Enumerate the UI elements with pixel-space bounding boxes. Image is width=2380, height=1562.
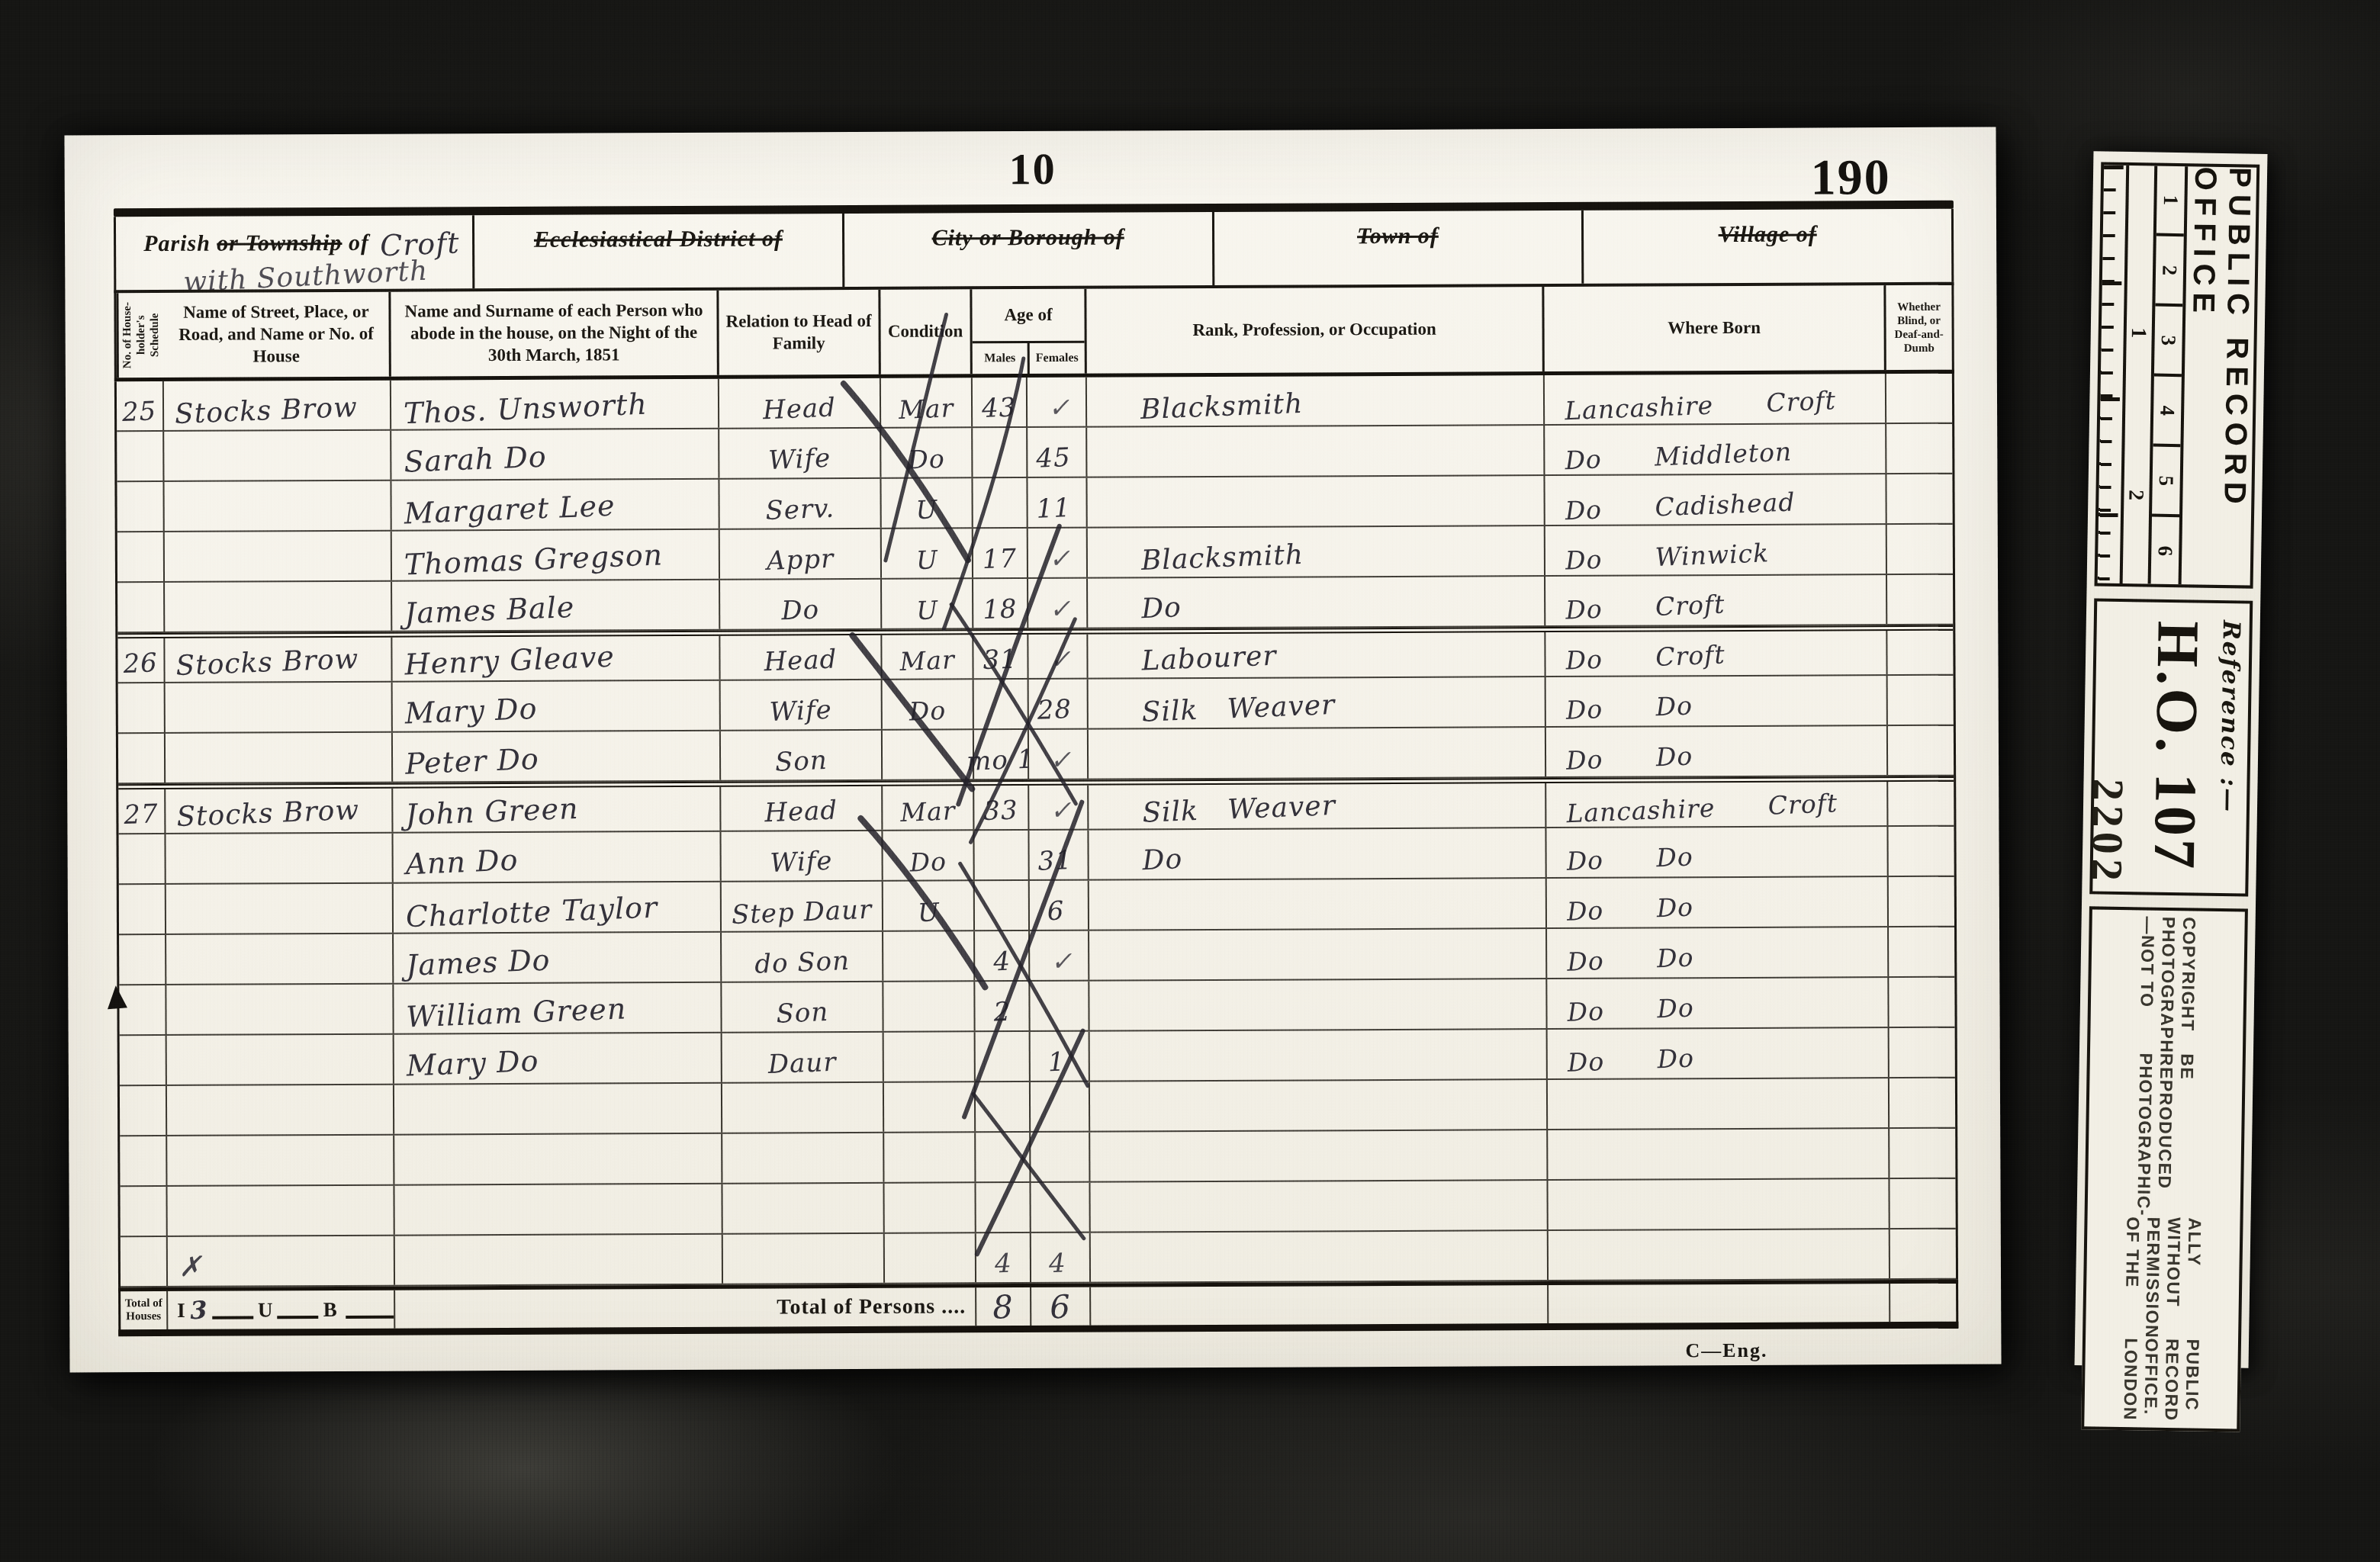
cell-born xyxy=(1548,1129,1890,1179)
cell-relation: do Son xyxy=(722,932,883,982)
enumerator-check: ✓ xyxy=(1048,543,1072,574)
cell-relation xyxy=(723,1234,885,1284)
photo-background: 10 190 Parish or Township of Croft with … xyxy=(0,0,2380,1562)
cell-born: Lancashire Croft xyxy=(1545,374,1886,424)
enumerator-check: ✓ xyxy=(1049,644,1073,675)
cell-blind xyxy=(1888,676,1954,725)
cell-condition: U xyxy=(883,881,975,930)
total-persons-label: Total of Persons .... xyxy=(395,1287,976,1328)
cell-age-male xyxy=(976,1183,1031,1232)
total-persons-males: 8 xyxy=(976,1287,1031,1326)
cell-relation: Serv. xyxy=(719,479,881,529)
cell-born: Do Cadishead xyxy=(1545,474,1886,525)
cell-relation: Step Daur xyxy=(722,882,883,931)
cell-age-male: 18 xyxy=(973,579,1028,628)
enumerator-check: ✓ xyxy=(1050,744,1073,776)
cell-born: Do Middleton xyxy=(1545,424,1886,474)
cell-occupation xyxy=(1090,1181,1548,1232)
ruler-inch-number: 1 xyxy=(2126,327,2150,339)
parish-label: Parish or Township of xyxy=(143,230,369,256)
cell-age-male: 33 xyxy=(974,786,1029,829)
cell-occupation xyxy=(1089,879,1547,930)
enumerator-check: ✓ xyxy=(1050,795,1073,826)
cell-relation: Appr xyxy=(720,529,882,579)
location-header-band: Parish or Township of Croft with Southwo… xyxy=(114,209,1954,291)
cell-age-male: mo 1 xyxy=(974,730,1029,779)
cell-blind xyxy=(1890,1179,1955,1228)
reference-label: Reference :— xyxy=(2213,609,2245,888)
cell-blind xyxy=(1886,474,1952,523)
total-houses-values: I3 U B xyxy=(168,1290,395,1329)
cell-street xyxy=(166,683,393,732)
cell-name: Peter Do xyxy=(393,731,721,782)
struck-fields: Ecclesiastical District of City or Borou… xyxy=(474,209,1951,288)
cell-street xyxy=(166,834,393,883)
cell-street xyxy=(165,532,392,581)
cell-age-male: 17 xyxy=(973,529,1028,577)
cell-schedule xyxy=(118,683,166,732)
enumerator-check: ✓ xyxy=(1049,593,1073,625)
col-header-condition: Condition xyxy=(880,289,972,374)
cell-street xyxy=(164,481,391,531)
cell-age-male: 4 xyxy=(975,931,1030,980)
cell-blind xyxy=(1888,827,1954,876)
header-field-label: City or Borough of xyxy=(932,224,1124,250)
parish-field: Parish or Township of Croft with Southwo… xyxy=(116,215,474,290)
cell-street: Stocks Brow xyxy=(166,789,393,833)
printer-mark: C—Eng. xyxy=(1685,1339,1767,1362)
underline xyxy=(278,1300,319,1319)
cell-age-male xyxy=(973,428,1028,477)
totals-band: Total ofHouses I3 U B Total of Persons .… xyxy=(118,1280,1958,1337)
census-row xyxy=(120,1129,1955,1187)
col-header-occupation: Rank, Profession, or Occupation xyxy=(1086,287,1544,374)
cell-street: Stocks Brow xyxy=(165,638,392,682)
copyright-box: COPYRIGHT PHOTOGRAPH—NOT TOBE REPRODUCED… xyxy=(2081,906,2248,1432)
cell-name: Ann Do xyxy=(393,832,721,882)
cell-born: Do Croft xyxy=(1545,575,1887,625)
cell-street xyxy=(167,1186,394,1236)
cell-condition: Do xyxy=(883,831,974,880)
cell-name: Margaret Lee xyxy=(391,480,719,530)
copyright-line: BE REPRODUCED PHOTOGRAPHIC- xyxy=(2133,1053,2197,1218)
cell-occupation: Silk Weaver xyxy=(1089,783,1546,829)
cell-condition xyxy=(883,982,975,1031)
cell-occupation: Labourer xyxy=(1088,632,1545,678)
cell-street xyxy=(166,884,394,934)
cell-blind xyxy=(1889,978,1954,1027)
cell-occupation xyxy=(1090,1080,1548,1131)
cell-born xyxy=(1549,1229,1890,1280)
cell-born: Do Do xyxy=(1547,927,1889,978)
cell-condition xyxy=(884,1133,976,1182)
cell-name xyxy=(394,1184,722,1235)
reference-box: Reference :— H.O. 107 2202 xyxy=(2089,598,2253,896)
ruler-cm-segment: 5 xyxy=(2152,447,2181,518)
col-header-males: Males xyxy=(973,343,1030,374)
cell-born xyxy=(1548,1078,1890,1129)
cell-age-female: 4 xyxy=(1031,1233,1091,1282)
cell-blind xyxy=(1890,1229,1956,1278)
header-field-label: Ecclesiastical District of xyxy=(534,226,783,252)
ruler-cm-segment: 3 xyxy=(2154,307,2183,378)
cell-relation: Daur xyxy=(722,1033,884,1082)
cell-age-female: 11 xyxy=(1028,478,1087,527)
cell-schedule: 27 xyxy=(118,789,166,833)
ruler-cm-segment: 1 xyxy=(2156,166,2185,237)
cell-age-female: ✓ xyxy=(1028,378,1087,426)
total-persons-females: 6 xyxy=(1031,1287,1091,1326)
cell-schedule xyxy=(120,1136,167,1185)
header-field: City or Borough of xyxy=(844,212,1214,287)
cell-age-female: 1 xyxy=(1031,1032,1090,1081)
cell-condition xyxy=(883,730,974,779)
cell-age-male xyxy=(976,1082,1031,1131)
cell-condition xyxy=(884,1032,976,1082)
census-row: Peter Do Son mo 1 ✓ Do Do xyxy=(118,726,1954,784)
census-entries: 25 Stocks Brow Thos. Unsworth Head Mar 4… xyxy=(114,374,1958,1288)
census-row: Mary Do Daur 1 Do Do xyxy=(120,1028,1955,1086)
cell-occupation xyxy=(1087,426,1545,477)
header-field: Village of xyxy=(1584,209,1951,284)
cell-condition xyxy=(884,1183,976,1233)
header-field: Town of xyxy=(1214,211,1584,285)
cell-schedule xyxy=(119,935,166,984)
enumerator-check: ✓ xyxy=(1048,392,1072,423)
cell-schedule xyxy=(117,432,164,480)
census-row: 26 Stocks Brow Henry Gleave Head Mar 31 … xyxy=(117,625,1953,683)
copyright-line: PUBLIC RECORD OFFICE. LONDON xyxy=(2119,1338,2203,1422)
col-header-name: Name and Surname of each Person who abod… xyxy=(391,291,719,377)
copyright-line: ALLY WITHOUT PERMISSION OF THE xyxy=(2121,1216,2205,1339)
cell-condition: U xyxy=(882,529,973,578)
cell-age-female: ✓ xyxy=(1028,635,1088,678)
copyright-line: COPYRIGHT PHOTOGRAPH—NOT TO xyxy=(2135,916,2199,1054)
margin-mark xyxy=(105,975,127,1009)
cell-schedule xyxy=(119,985,166,1034)
cell-condition: Mar xyxy=(881,378,973,427)
col-header-relation: Relation to Head of Family xyxy=(719,290,880,375)
cell-blind xyxy=(1889,877,1954,926)
cell-condition xyxy=(883,931,975,981)
census-row: Ann Do Wife Do 31 Do Do Do xyxy=(118,827,1954,885)
cell-occupation: Blacksmith xyxy=(1087,375,1545,426)
cell-born: Do Do xyxy=(1547,877,1889,927)
census-row: 27 Stocks Brow John Green Head Mar 33 ✓ … xyxy=(118,776,1954,834)
cell-age-female: ✓ xyxy=(1029,730,1089,779)
cell-blind xyxy=(1890,1129,1955,1178)
cell-name: Thos. Unsworth xyxy=(391,379,719,429)
cell-occupation: Do xyxy=(1088,577,1545,628)
cell-born: Do Do xyxy=(1546,827,1888,877)
col-header-born: Where Born xyxy=(1544,285,1886,371)
cell-age-female: ✓ xyxy=(1029,786,1089,829)
cell-born: Do Do xyxy=(1546,726,1888,776)
cell-born: Do Do xyxy=(1547,978,1889,1028)
census-row: 25 Stocks Brow Thos. Unsworth Head Mar 4… xyxy=(117,374,1952,432)
cell-age-female: ✓ xyxy=(1028,579,1088,628)
ruler-cm-segment: 2 xyxy=(2155,236,2184,307)
cell-occupation xyxy=(1090,1130,1548,1181)
cell-age-female: 28 xyxy=(1029,680,1089,728)
cell-age-female: 6 xyxy=(1030,881,1089,930)
cell-street xyxy=(167,1035,394,1085)
cell-occupation xyxy=(1089,979,1547,1030)
census-row: James Bale Do U 18 ✓ Do Do Croft xyxy=(117,575,1953,633)
cell-born: Do Do xyxy=(1548,1028,1890,1078)
census-row xyxy=(120,1078,1955,1136)
cell-relation xyxy=(722,1133,884,1183)
cell-born: Lancashire Croft xyxy=(1546,782,1888,827)
ruler: 12 123456 PUBLIC RECORD OFFICE xyxy=(2095,162,2260,588)
cell-name: James Do xyxy=(394,933,722,983)
cell-street xyxy=(165,582,392,632)
cell-blind xyxy=(1888,726,1954,775)
cell-relation: Head xyxy=(719,378,881,428)
cell-occupation: Do xyxy=(1089,828,1546,879)
cell-blind xyxy=(1889,927,1954,976)
cell-condition: Mar xyxy=(882,635,973,679)
underline xyxy=(212,1300,253,1319)
cell-street xyxy=(167,1085,394,1135)
cell-age-female: 31 xyxy=(1029,831,1089,879)
cell-name xyxy=(395,1235,723,1285)
cell-name: Mary Do xyxy=(393,681,721,731)
cell-schedule xyxy=(121,1237,168,1286)
cell-relation: Head xyxy=(720,635,882,680)
census-row xyxy=(120,1179,1955,1237)
col-header-street: Name of Street, Place, or Road, and Name… xyxy=(163,292,391,378)
cell-schedule xyxy=(117,583,165,632)
header-field-label: Town of xyxy=(1357,223,1439,249)
cell-age-female xyxy=(1031,1133,1090,1181)
cell-relation: Wife xyxy=(721,831,883,881)
census-row: Mary Do Wife Do 28 Silk Weaver Do Do xyxy=(118,676,1954,734)
cell-age-female xyxy=(1030,982,1089,1030)
cell-name: James Bale xyxy=(392,580,720,631)
cell-name: Charlotte Taylor xyxy=(394,882,722,933)
public-record-office-text: PUBLIC RECORD OFFICE xyxy=(2182,166,2257,585)
pro-label-strip: 12 123456 PUBLIC RECORD OFFICE Reference… xyxy=(2075,151,2268,1368)
cell-occupation xyxy=(1089,929,1547,980)
ruler-cm-segment: 6 xyxy=(2151,517,2179,585)
cell-schedule: 25 xyxy=(117,381,164,430)
cell-schedule xyxy=(117,532,165,581)
cell-occupation: Blacksmith xyxy=(1088,526,1545,577)
cell-age-male xyxy=(974,831,1029,879)
cell-age-male: 43 xyxy=(973,378,1028,426)
cell-born: Do Winwick xyxy=(1545,525,1887,575)
cell-occupation: Silk Weaver xyxy=(1089,677,1546,728)
cell-age-male xyxy=(976,1133,1031,1181)
reference-piece: 2202 xyxy=(2081,607,2137,885)
cell-schedule xyxy=(118,734,166,783)
cell-relation: Son xyxy=(721,731,883,780)
cell-blind xyxy=(1890,1028,1955,1077)
cell-name: Henry Gleave xyxy=(392,636,720,681)
cell-schedule xyxy=(118,834,166,883)
cell-age-male xyxy=(975,881,1030,930)
cell-age-male xyxy=(973,478,1028,527)
cell-relation xyxy=(722,1184,884,1233)
cell-schedule: 26 xyxy=(117,638,165,682)
cell-street: ✗ xyxy=(168,1236,395,1286)
ruler-cm-segment: 4 xyxy=(2153,377,2182,448)
cell-age-male: 31 xyxy=(973,635,1028,678)
col-header-blind: Whether Blind, or Deaf-and-Dumb xyxy=(1886,285,1951,370)
cell-age-female xyxy=(1031,1082,1090,1131)
totals-empty-blind xyxy=(1890,1284,1956,1322)
enumerator-check: ✓ xyxy=(1050,946,1074,977)
cell-blind xyxy=(1886,374,1952,423)
cell-age-male: 2 xyxy=(975,982,1030,1030)
cell-relation xyxy=(722,1083,884,1133)
ruler-inch-number: 2 xyxy=(2124,490,2148,501)
col-header-age: Age of Males Females xyxy=(972,289,1086,374)
census-row: James Do do Son 4 ✓ Do Do xyxy=(119,927,1954,985)
census-row: ✗ 4 4 xyxy=(121,1229,1956,1287)
cell-age-female: ✓ xyxy=(1030,931,1089,980)
cell-age-female: 45 xyxy=(1028,428,1087,477)
cell-street: Stocks Brow xyxy=(164,381,391,430)
cell-born: Do Croft xyxy=(1545,631,1887,676)
total-houses-label: Total ofHouses xyxy=(121,1291,168,1329)
cell-name: Thomas Gregson xyxy=(392,530,720,580)
cell-condition xyxy=(884,1082,976,1132)
cell-relation: Head xyxy=(721,786,883,831)
census-row: William Green Son 2 Do Do xyxy=(119,978,1954,1036)
cell-condition: Mar xyxy=(883,786,974,830)
cell-schedule xyxy=(120,1036,167,1085)
cell-name: John Green xyxy=(393,787,721,832)
cell-age-female xyxy=(1031,1183,1090,1232)
cell-condition: U xyxy=(882,579,973,628)
cell-occupation xyxy=(1090,1030,1548,1081)
underline xyxy=(346,1300,394,1319)
col-header-schedule: No. of House-holder's Schedule xyxy=(116,293,163,378)
cell-relation: Do xyxy=(720,580,882,629)
reference-class: H.O. 107 xyxy=(2140,608,2213,886)
cell-occupation xyxy=(1087,476,1545,527)
cell-occupation xyxy=(1089,728,1546,779)
cell-condition xyxy=(885,1233,976,1283)
cell-blind xyxy=(1887,575,1953,624)
cell-street xyxy=(166,934,394,984)
header-field: Ecclesiastical District of xyxy=(474,214,844,288)
census-row: Sarah Do Wife Do 45 Do Middleton xyxy=(117,424,1952,482)
cell-blind xyxy=(1887,631,1953,674)
cell-street xyxy=(166,733,393,783)
cell-age-male: 4 xyxy=(976,1233,1031,1282)
cell-schedule xyxy=(117,482,164,531)
cell-name: Sarah Do xyxy=(391,429,719,480)
cell-condition: Do xyxy=(883,680,974,729)
cell-street xyxy=(167,1136,394,1185)
cell-born: Do Do xyxy=(1546,676,1888,726)
cell-schedule xyxy=(119,885,166,934)
cell-street xyxy=(166,985,394,1034)
cell-name: Mary Do xyxy=(394,1033,722,1084)
column-header-band: No. of House-holder's Schedule Name of S… xyxy=(114,282,1954,382)
census-row: Margaret Lee Serv. U 11 Do Cadishead xyxy=(117,474,1952,532)
cell-schedule xyxy=(120,1086,167,1135)
cell-blind xyxy=(1886,424,1952,473)
cell-occupation xyxy=(1091,1231,1549,1282)
totals-empty-occupation xyxy=(1091,1285,1549,1326)
cell-condition: U xyxy=(881,478,973,528)
cell-age-male xyxy=(976,1032,1031,1081)
cell-age-male xyxy=(974,680,1029,728)
cell-condition: Do xyxy=(881,428,973,477)
census-page: 10 190 Parish or Township of Croft with … xyxy=(64,127,2001,1372)
totals-empty-born xyxy=(1549,1284,1890,1323)
cell-relation: Wife xyxy=(721,680,883,730)
col-header-females: Females xyxy=(1030,343,1085,374)
cell-born xyxy=(1548,1179,1890,1229)
houses-inhabited-value: 3 xyxy=(189,1295,208,1325)
cell-relation: Wife xyxy=(719,429,881,478)
cell-age-female: ✓ xyxy=(1028,529,1088,577)
cell-schedule xyxy=(120,1187,167,1236)
census-row: Thomas Gregson Appr U 17 ✓ Blacksmith Do… xyxy=(117,525,1953,583)
cell-street xyxy=(164,431,391,480)
census-row: Charlotte Taylor Step Daur U 6 Do Do xyxy=(119,877,1954,935)
folio-number: 190 xyxy=(1811,149,1891,207)
cell-relation: Son xyxy=(722,982,883,1032)
cell-name xyxy=(394,1134,722,1184)
page-number-center: 10 xyxy=(1009,143,1057,194)
cell-blind xyxy=(1887,525,1953,574)
cell-name xyxy=(394,1084,722,1134)
header-field-label: Village of xyxy=(1719,222,1817,248)
cell-name: William Green xyxy=(394,983,722,1033)
cell-blind xyxy=(1888,782,1954,825)
cell-blind xyxy=(1890,1078,1955,1127)
